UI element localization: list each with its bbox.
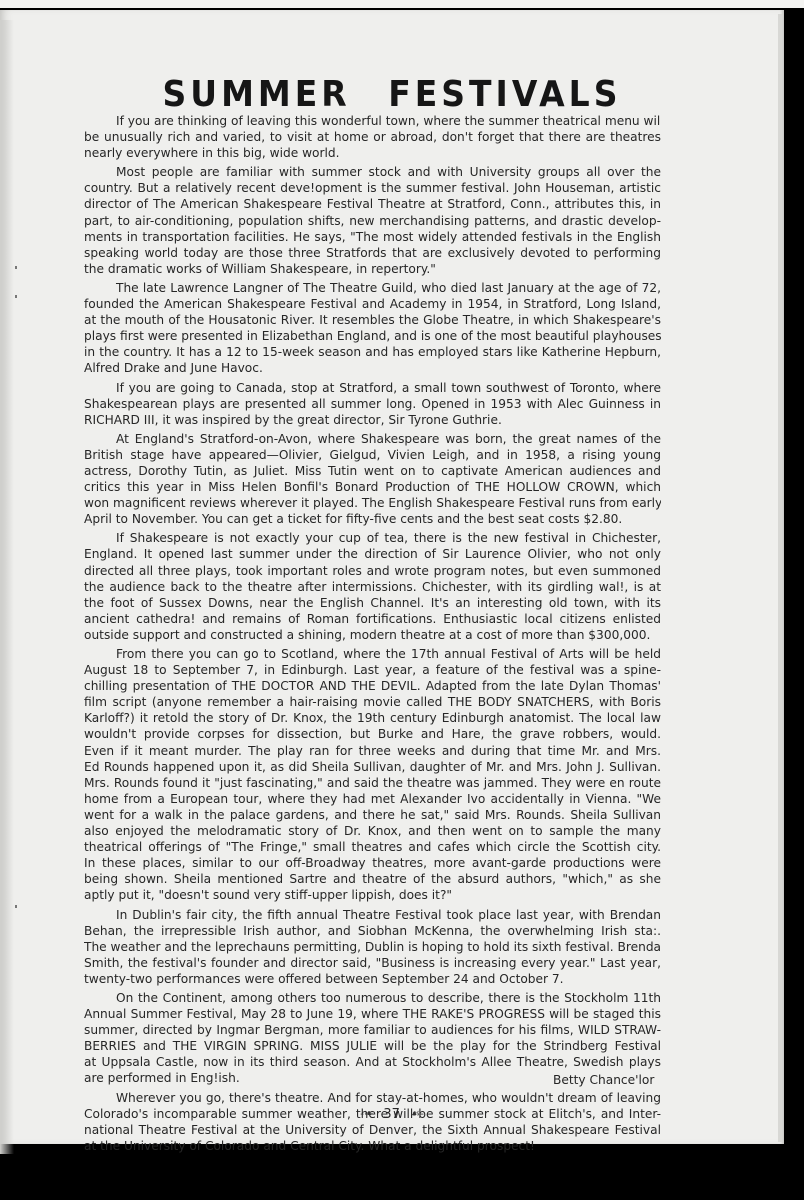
text-line: summer, directed by Ingmar Bergman, more…	[84, 1022, 661, 1038]
text-line: went for a walk in the palace gardens, a…	[84, 807, 661, 823]
article-paragraph: From there you can go to Scotland, where…	[84, 646, 661, 904]
binding-staple-mark	[15, 905, 17, 908]
text-line: Smith, the festival's founder and direct…	[84, 955, 661, 971]
text-line: be unusually rich and varied, to visit a…	[84, 129, 661, 145]
binding-staple-mark	[15, 266, 17, 269]
text-line: won magnificent reviews wherever it play…	[84, 495, 661, 511]
article-title: SUMMER FESTIVALS	[0, 72, 784, 114]
text-line: April to November. You can get a ticket …	[84, 511, 661, 527]
text-line: England. It opened last summer under the…	[84, 546, 661, 562]
text-line: national Theatre Festival at the Univers…	[84, 1122, 661, 1138]
text-line: directed all three plays, took important…	[84, 563, 661, 579]
article-paragraph: At England's Stratford-on-Avon, where Sh…	[84, 431, 661, 528]
text-line: chilling presentation of THE DOCTOR AND …	[84, 678, 661, 694]
text-line: In these places, similar to our off-Broa…	[84, 855, 661, 871]
text-line: On the Continent, among others too numer…	[84, 990, 661, 1006]
text-line: Most people are familiar with summer sto…	[84, 164, 661, 180]
scanned-page-view: SUMMER FESTIVALS If you are thinking of …	[0, 0, 804, 1200]
scan-top-border	[0, 0, 804, 8]
text-line: plays first were presented in Elizabetha…	[84, 328, 661, 344]
text-line: BERRIES and THE VIRGIN SPRING. MISS JULI…	[84, 1038, 661, 1054]
text-line: The weather and the leprechauns permitti…	[84, 939, 661, 955]
fleuron-left-icon: -❧	[360, 1107, 373, 1120]
text-line: aptly put it, "doesn't sound very stiff-…	[84, 887, 661, 903]
text-line: Wherever you go, there's theatre. And fo…	[84, 1090, 661, 1106]
text-line: the dramatic works of William Shakespear…	[84, 261, 661, 277]
text-line: wouldn't provide corpses for dissection,…	[84, 726, 661, 742]
text-line: British stage have appeared—Olivier, Gie…	[84, 447, 661, 463]
text-line: director of The American Shakespeare Fes…	[84, 196, 661, 212]
magazine-page: SUMMER FESTIVALS If you are thinking of …	[0, 10, 784, 1144]
text-line: ancient cathedra! and remains of Roman f…	[84, 611, 661, 627]
text-line: speaking world today are those three Str…	[84, 245, 661, 261]
text-line: ments in transportation facilities. He s…	[84, 229, 661, 245]
text-line: August 18 to September 7, in Edinburgh. …	[84, 662, 661, 678]
text-line: Behan, the irrepressible Irish author, a…	[84, 923, 661, 939]
text-line: Ed Rounds happened upon it, as did Sheil…	[84, 759, 661, 775]
text-line: founded the American Shakespeare Festiva…	[84, 296, 661, 312]
article-paragraph: If you are thinking of leaving this wond…	[84, 113, 661, 161]
text-line: the audience back to the theatre after i…	[84, 579, 661, 595]
text-line: Karloff?) it retold the story of Dr. Kno…	[84, 710, 661, 726]
text-line: Even if it meant murder. The play ran fo…	[84, 743, 661, 759]
article-paragraph: Most people are familiar with summer sto…	[84, 164, 661, 277]
author-byline: Betty Chance'lor	[553, 1073, 654, 1087]
text-line: also enjoyed the melodramatic story of D…	[84, 823, 661, 839]
article-paragraph: If Shakespeare is not exactly your cup o…	[84, 530, 661, 643]
text-line: at the mouth of the Housatonic River. It…	[84, 312, 661, 328]
text-line: critics this year in Miss Helen Bonfil's…	[84, 479, 661, 495]
text-line: theatrical offerings of "The Fringe," sm…	[84, 839, 661, 855]
text-line: at the University of Colorado and Centra…	[84, 1138, 661, 1154]
article-paragraph: In Dublin's fair city, the fifth annual …	[84, 907, 661, 987]
fleuron-right-icon: ☙-	[410, 1107, 424, 1120]
text-line: Alfred Drake and June Havoc.	[84, 360, 661, 376]
text-line: If you are thinking of leaving this wond…	[84, 113, 661, 129]
text-line: in the country. It has a 12 to 15-week s…	[84, 344, 661, 360]
text-line: The late Lawrence Langner of The Theatre…	[84, 280, 661, 296]
text-line: part, to air-conditioning, population sh…	[84, 213, 661, 229]
text-line: home from a European tour, where they ha…	[84, 791, 661, 807]
article-body: If you are thinking of leaving this wond…	[84, 113, 661, 1157]
text-line: Shakespearean plays are presented all su…	[84, 396, 661, 412]
text-line: twenty-two performances were offered bet…	[84, 971, 661, 987]
text-line: Annual Summer Festival, May 28 to June 1…	[84, 1006, 661, 1022]
page-edge	[778, 14, 782, 1142]
article-paragraph: If you are going to Canada, stop at Stra…	[84, 380, 661, 428]
text-line: In Dublin's fair city, the fifth annual …	[84, 907, 661, 923]
text-line: If you are going to Canada, stop at Stra…	[84, 380, 661, 396]
text-line: film script (anyone remember a hair-rais…	[84, 694, 661, 710]
page-folio: -❧ 37 ☙-	[0, 1107, 784, 1122]
binding-shadow	[0, 20, 14, 1154]
text-line: At England's Stratford-on-Avon, where Sh…	[84, 431, 661, 447]
text-line: being shown. Sheila mentioned Sartre and…	[84, 871, 661, 887]
binding-staple-mark	[15, 295, 17, 298]
text-line: nearly everywhere in this big, wide worl…	[84, 145, 661, 161]
text-line: If Shakespeare is not exactly your cup o…	[84, 530, 661, 546]
text-line: at Uppsala Castle, now in its third seas…	[84, 1054, 661, 1070]
article-paragraph: The late Lawrence Langner of The Theatre…	[84, 280, 661, 377]
text-line: actress, Dorothy Tutin, as Juliet. Miss …	[84, 463, 661, 479]
text-line: country. But a relatively recent deve!op…	[84, 180, 661, 196]
text-line: the foot of Sussex Downs, near the Engli…	[84, 595, 661, 611]
text-line: Mrs. Rounds found it "just fascinating,"…	[84, 775, 661, 791]
text-line: From there you can go to Scotland, where…	[84, 646, 661, 662]
text-line: outside support and constructed a shinin…	[84, 627, 661, 643]
page-number: 37	[383, 1107, 400, 1122]
text-line: RICHARD III, it was inspired by the grea…	[84, 412, 661, 428]
